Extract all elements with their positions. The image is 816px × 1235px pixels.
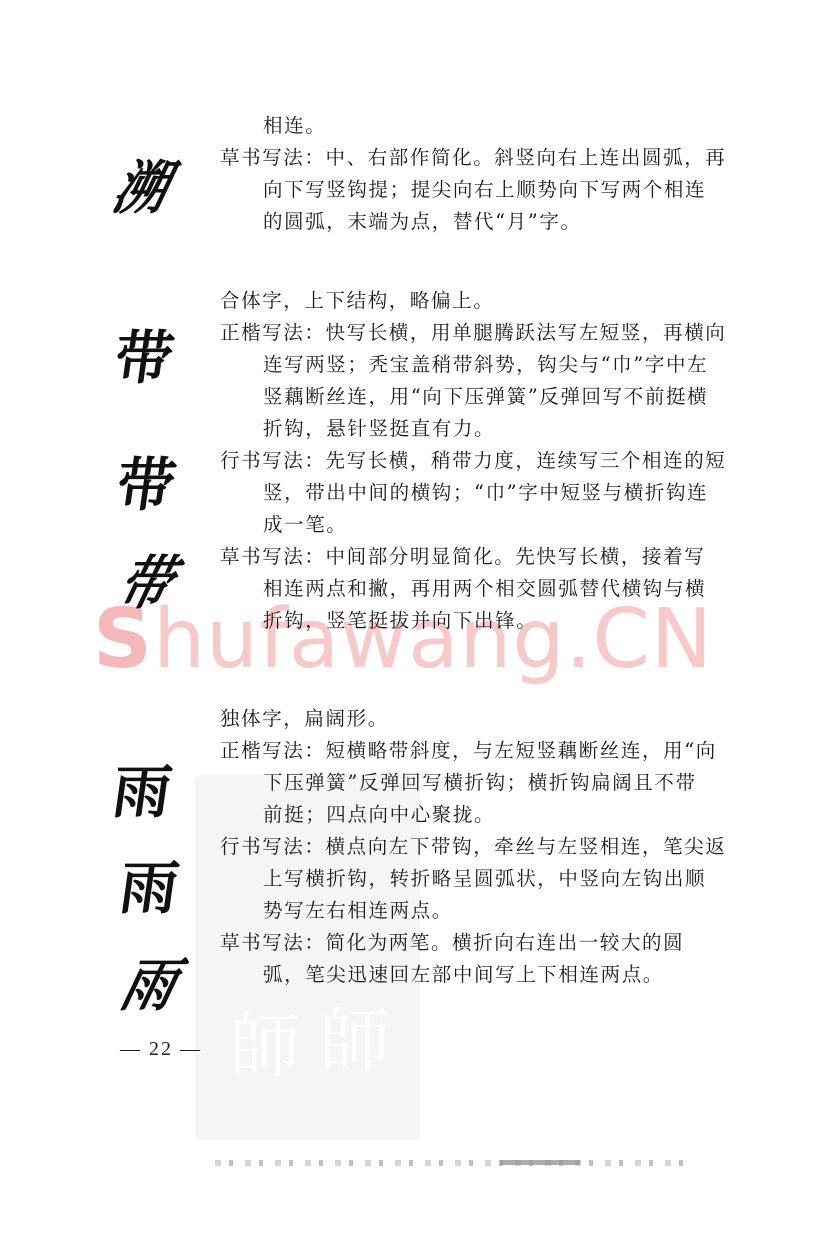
text-line: 成一笔。	[220, 509, 720, 541]
text-line: 折钩，悬针竖挺直有力。	[220, 413, 720, 445]
ghost-glyph: 師	[230, 990, 300, 1091]
text-line: 弧，笔尖迅速回左部中间写上下相连两点。	[220, 959, 720, 991]
text-line: 连写两竖；秃宝盖稍带斜势，钩尖与“巾”字中左	[220, 349, 720, 381]
text-line: 折钩，竖笔挺拔并向下出锋。	[220, 605, 720, 637]
text-line: 相连。	[220, 110, 720, 142]
text-line-running-heading: 行书写法：先写长横，稍带力度，连续写三个相连的短	[220, 445, 720, 477]
text-line-cursive-heading: 草书写法：中间部分明显简化。先快写长横，接着写	[220, 541, 720, 573]
text-line: 上写横折钩，转折略呈圆弧状，中竖向左钩出顺	[220, 863, 720, 895]
calligraphy-glyph-regular: 带	[111, 328, 177, 388]
text-line-cursive-heading: 草书写法：简化为两笔。横折向右连出一较大的圆	[220, 927, 720, 959]
text-line-running-heading: 行书写法：横点向左下带钩，牵丝与左竖相连，笔尖返	[220, 831, 720, 863]
calligraphy-glyph-running: 雨	[116, 858, 182, 918]
text-line: 竖藕断丝连，用“向下压弹簧”反弹回写不前挺横	[220, 381, 720, 413]
text-line: 下压弹簧”反弹回写横折钩；横折钩扁阔且不带	[220, 767, 720, 799]
text-line: 的圆弧，末端为点，替代“月”字。	[220, 206, 720, 238]
text-line: 势写左右相连两点。	[220, 895, 720, 927]
text-line-structure: 合体字，上下结构，略偏上。	[220, 285, 720, 317]
text-line-regular-heading: 正楷写法：快写长横，用单腿腾跃法写左短竖，再横向	[220, 317, 720, 349]
scan-artifact	[215, 1160, 695, 1166]
text-line-structure: 独体字，扁阔形。	[220, 703, 720, 735]
section-character-1: 相连。 草书写法：中、右部作简化。斜竖向右上连出圆弧，再 向下写竖钩提；提尖向右…	[220, 110, 720, 238]
page-number: — 22 —	[120, 1038, 202, 1061]
text-line: 竖，带出中间的横钩；“巾”字中短竖与横折钩连	[220, 477, 720, 509]
calligraphy-glyph-running: 带	[113, 455, 179, 515]
calligraphy-glyph-cursive: 溯	[107, 158, 174, 218]
section-character-3: 独体字，扁阔形。 正楷写法：短横略带斜度，与左短竖藕断丝连，用“向 下压弹簧”反…	[220, 703, 720, 991]
calligraphy-glyph-regular: 雨	[109, 762, 175, 822]
ghost-glyph: 師	[320, 985, 390, 1086]
text-line-regular-heading: 正楷写法：短横略带斜度，与左短竖藕断丝连，用“向	[220, 735, 720, 767]
text-line: 向下写竖钩提；提尖向右上顺势向下写两个相连	[220, 174, 720, 206]
section-character-2: 合体字，上下结构，略偏上。 正楷写法：快写长横，用单腿腾跃法写左短竖，再横向 连…	[220, 285, 720, 637]
text-line-cursive-heading: 草书写法：中、右部作简化。斜竖向右上连出圆弧，再	[220, 142, 720, 174]
calligraphy-glyph-cursive: 雨	[115, 955, 182, 1015]
text-line: 相连两点和撇，再用两个相交圆弧替代横钩与横	[220, 573, 720, 605]
text-line: 前挺；四点向中心聚拢。	[220, 799, 720, 831]
